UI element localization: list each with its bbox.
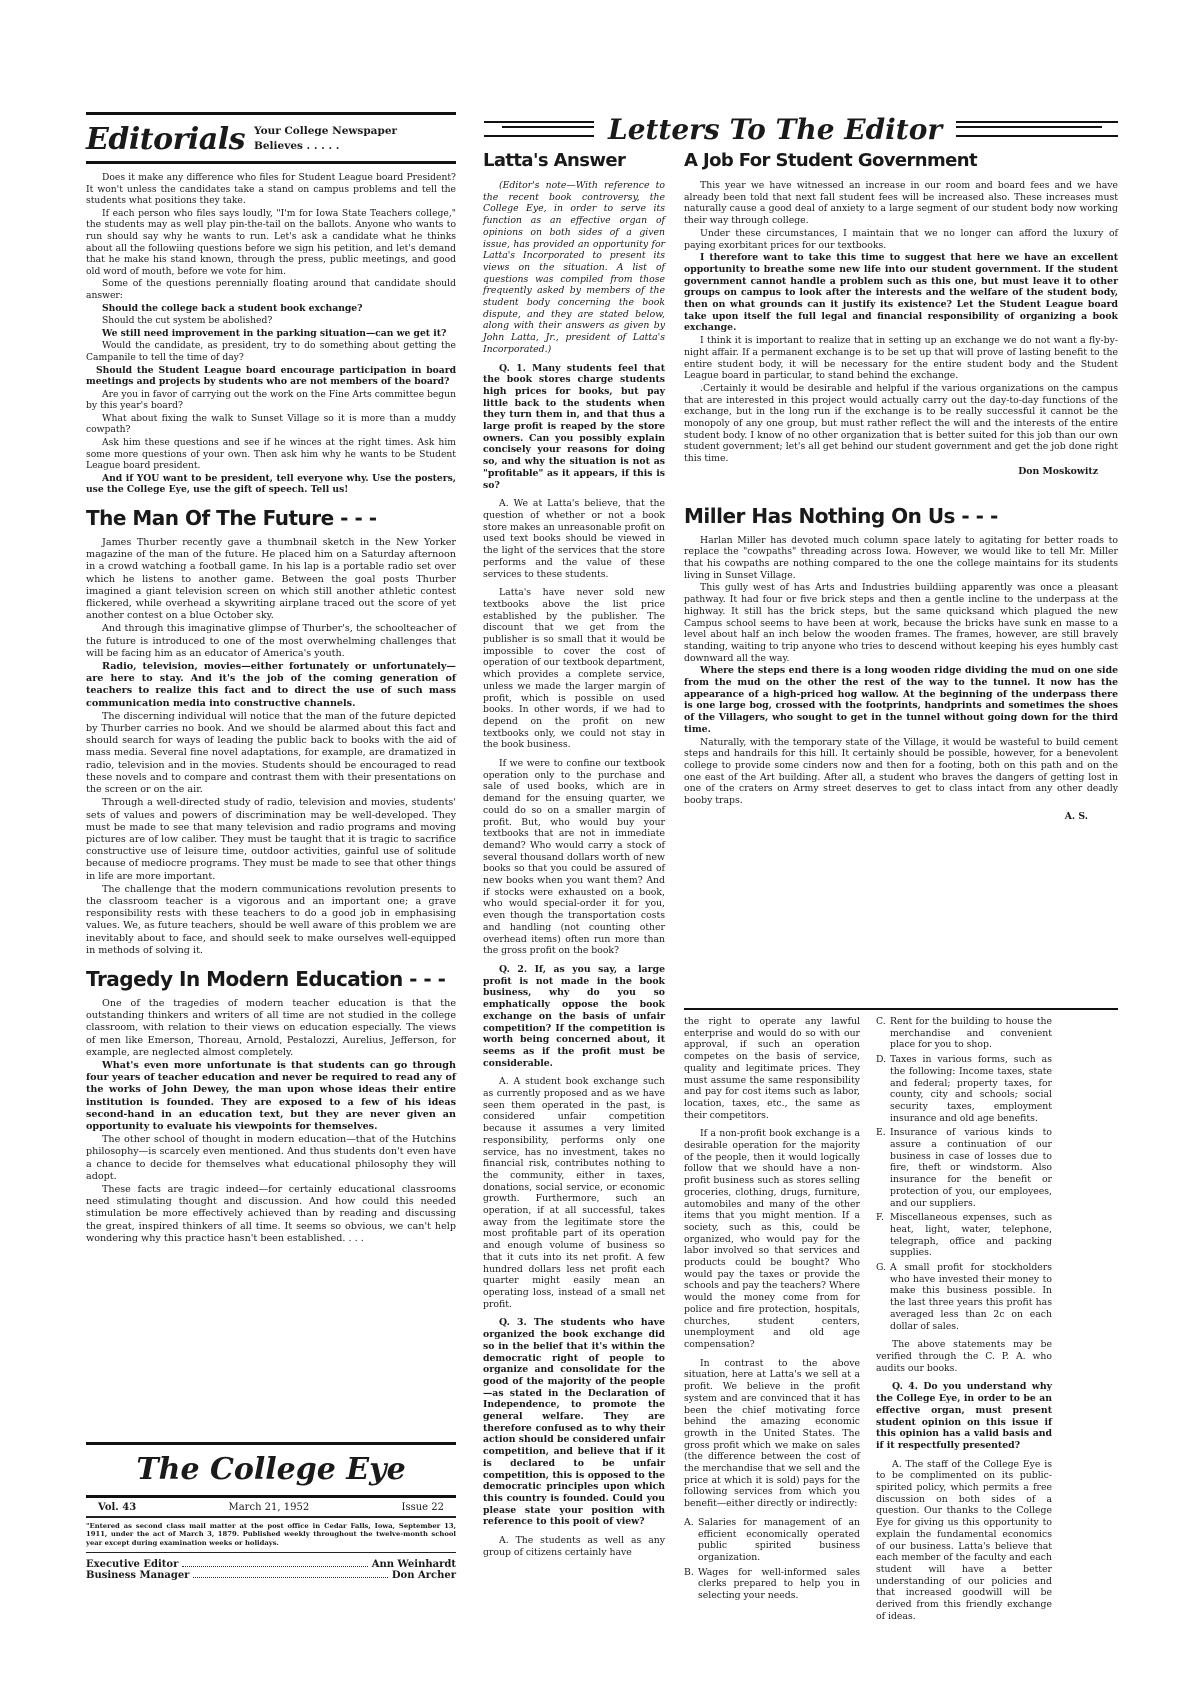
editorials-title: Editorials	[86, 122, 254, 157]
editorials-column: Editorials Your College Newspaper Believ…	[86, 112, 456, 1246]
letters-banner-title: Letters To The Editor	[594, 113, 956, 146]
paragraph: This year we have witnessed an increase …	[684, 180, 1118, 227]
paragraph: Does it make any difference who files fo…	[86, 172, 456, 207]
banner-lines-left	[484, 121, 594, 137]
paragraph: James Thurber recently gave a thumbnail …	[86, 537, 456, 622]
masthead-info-row: Vol. 43 March 21, 1952 Issue 22	[86, 1498, 456, 1516]
question: We still need improvement in the parking…	[86, 328, 456, 340]
banner-lines-right	[956, 121, 1118, 137]
newspaper-page: Editorials Your College Newspaper Believ…	[86, 112, 1122, 1652]
paragraph: Radio, television, movies—either fortuna…	[86, 661, 456, 710]
question: Should the college back a student book e…	[86, 303, 456, 315]
signature: A. S.	[684, 811, 1118, 823]
editorials-tagline: Your College Newspaper Believes . . . . …	[254, 124, 397, 154]
miller-headline: Miller Has Nothing On Us - - -	[684, 504, 1118, 528]
paragraph: Naturally, with the temporary state of t…	[684, 737, 1118, 807]
question: Q. 2. If, as you say, a large profit is …	[483, 964, 665, 1069]
paragraph: The discerning individual will notice th…	[86, 711, 456, 796]
lattas-answer-column-3: C. Rent for the building to house the me…	[876, 1016, 1052, 1623]
list-item: D. Taxes in various forms, such as the f…	[876, 1054, 1052, 1124]
man-of-future-headline: The Man Of The Future - - -	[86, 506, 456, 530]
issue-number: Issue 22	[402, 1502, 444, 1513]
paragraph: Latta's have never sold new textbooks ab…	[483, 587, 665, 751]
editorials-header: Editorials Your College Newspaper Believ…	[86, 117, 456, 161]
paragraph: And if YOU want to be president, tell ev…	[86, 473, 456, 496]
question: Are you in favor of carrying out the wor…	[86, 389, 456, 412]
paragraph: .Certainly it would be desirable and hel…	[684, 383, 1118, 465]
paragraph: In contrast to the above situation, here…	[684, 1358, 860, 1510]
paragraph: If a non-profit book exchange is a desir…	[684, 1128, 860, 1350]
job-headline: A Job For Student Government	[684, 150, 1118, 172]
answer: A. The staff of the College Eye is to be…	[876, 1459, 1052, 1623]
paragraph: Ask him these questions and see if he wi…	[86, 437, 456, 472]
list-item: C. Rent for the building to house the me…	[876, 1016, 1052, 1051]
question: What about fixing the walk to Sunset Vil…	[86, 413, 456, 436]
lattas-answer-headline: Latta's Answer	[483, 150, 665, 172]
tragedy-body: One of the tragedies of modern teacher e…	[86, 998, 456, 1245]
masthead-title: The College Eye	[86, 1445, 456, 1495]
paragraph: The above statements may be verified thr…	[876, 1339, 1052, 1374]
question: Should the cut system be abolished?	[86, 315, 456, 327]
leader-dots	[182, 1566, 367, 1567]
signature: Don Moskowitz	[684, 466, 1118, 478]
issue-date: March 21, 1952	[228, 1502, 309, 1513]
paragraph: I think it is important to realize that …	[684, 335, 1118, 382]
paragraph: One of the tragedies of modern teacher e…	[86, 998, 456, 1059]
answer: A. A student book exchange such as curre…	[483, 1076, 665, 1310]
question: Should the Student League board encourag…	[86, 365, 456, 388]
paragraph: If each person who files says loudly, "I…	[86, 208, 456, 278]
paragraph: the right to operate any lawful enterpri…	[684, 1016, 860, 1121]
lattas-answer-column-1: Latta's Answer (Editor's note—With refer…	[483, 150, 665, 1559]
question: Q. 1. Many students feel that the book s…	[483, 363, 665, 492]
paragraph: These facts are tragic indeed—for certai…	[86, 1184, 456, 1245]
paragraph: This gully west of has Arts and Industri…	[684, 582, 1118, 664]
staff-list: Executive Editor Ann Weinhardt Business …	[86, 1559, 456, 1581]
volume-number: Vol. 43	[98, 1502, 136, 1513]
paragraph: Some of the questions perennially floati…	[86, 278, 456, 301]
list-item: G. A small profit for stockholders who h…	[876, 1262, 1052, 1332]
list-item: E. Insurance of various kinds to assure …	[876, 1127, 1052, 1209]
lattas-answer-column-2: the right to operate any lawful enterpri…	[684, 1016, 860, 1605]
list-item: B. Wages for well-informed sales clerks …	[684, 1567, 860, 1602]
paragraph: If we were to confine our textbook opera…	[483, 758, 665, 957]
masthead: The College Eye Vol. 43 March 21, 1952 I…	[86, 1442, 456, 1581]
editorials-top-rule	[86, 112, 456, 115]
list-item: F. Miscellaneous expenses, such as heat,…	[876, 1212, 1052, 1259]
paragraph: The challenge that the modern communicat…	[86, 884, 456, 957]
editors-note: (Editor's note—With reference to the rec…	[483, 180, 665, 356]
mail-notice-rule	[86, 1552, 456, 1553]
continuation-rule	[684, 1008, 1118, 1010]
answer: A. We at Latta's believe, that the quest…	[483, 498, 665, 580]
question: Q. 4. Do you understand why the College …	[876, 1381, 1052, 1451]
editorials-header-rule	[86, 161, 456, 164]
paragraph: And through this imaginative glimpse of …	[86, 623, 456, 660]
job-for-student-govt-article: A Job For Student Government This year w…	[684, 150, 1118, 823]
paragraph: Through a well-directed study of radio, …	[86, 797, 456, 882]
editorials-intro: Does it make any difference who files fo…	[86, 172, 456, 496]
answer: A. The students as well as any group of …	[483, 1535, 665, 1558]
paragraph: Harlan Miller has devoted much column sp…	[684, 535, 1118, 582]
staff-row: Business Manager Don Archer	[86, 1570, 456, 1581]
list-item: A. Salaries for management of an efficie…	[684, 1517, 860, 1564]
question: Q. 3. The students who have organized th…	[483, 1317, 665, 1528]
paragraph: The other school of thought in modern ed…	[86, 1134, 456, 1183]
paragraph: What's even more unfortunate is that stu…	[86, 1060, 456, 1133]
letters-banner: Letters To The Editor	[478, 112, 1118, 146]
mail-notice: "Entered as second class mail matter at …	[86, 1518, 456, 1552]
paragraph: I therefore want to take this time to su…	[684, 252, 1118, 334]
leader-dots	[193, 1577, 387, 1578]
staff-row: Executive Editor Ann Weinhardt	[86, 1559, 456, 1570]
man-of-future-body: James Thurber recently gave a thumbnail …	[86, 537, 456, 957]
paragraph: Under these circumstances, I maintain th…	[684, 228, 1118, 251]
tragedy-headline: Tragedy In Modern Education - - -	[86, 967, 456, 991]
paragraph: Where the steps end there is a long wood…	[684, 665, 1118, 735]
question: Would the candidate, as president, try t…	[86, 340, 456, 363]
